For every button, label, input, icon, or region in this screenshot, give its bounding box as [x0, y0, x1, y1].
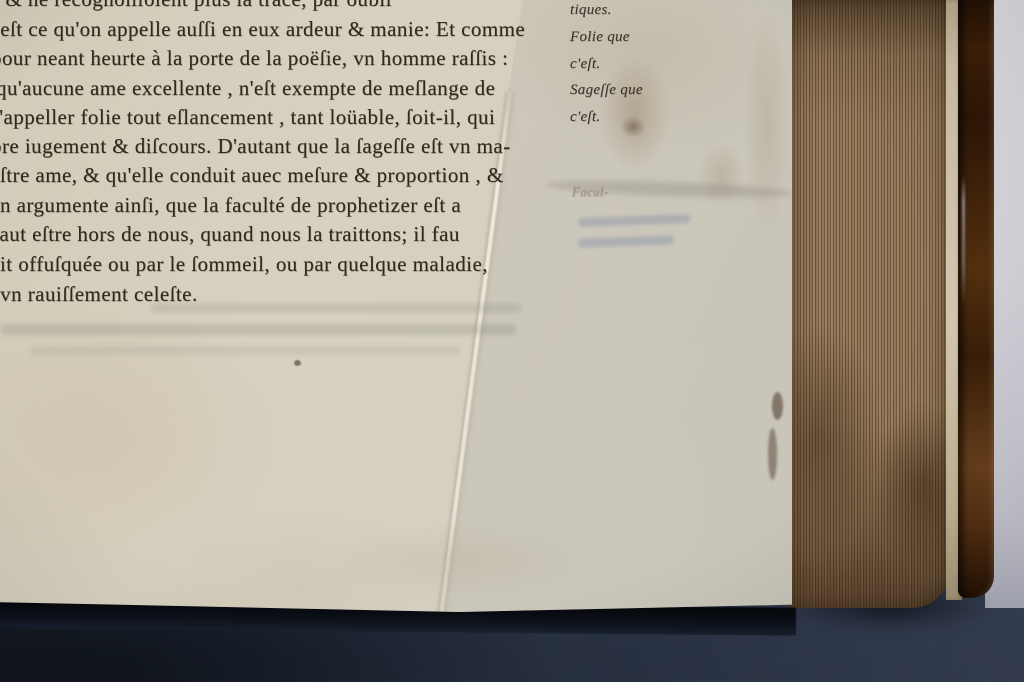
edge-speck	[768, 428, 777, 480]
margin-note: Folie que	[570, 29, 630, 46]
stain	[698, 142, 744, 208]
text-line: oſtre ame, & qu'elle conduit auec meſure…	[0, 163, 504, 188]
margin-note: tiques.	[570, 2, 612, 19]
book-fore-edge-pages	[786, 0, 948, 608]
text-line: on argumente ainſi, que la faculté de pr…	[0, 193, 461, 218]
text-line: oit offuſquée ou par le ſommeil, ou par …	[0, 252, 488, 277]
verso-show-through	[30, 346, 460, 355]
photo-of-book-page: , & ne recognoiſſoient plus la trace, pa…	[0, 0, 1024, 682]
stain	[598, 52, 672, 174]
verso-show-through	[150, 303, 522, 313]
stain	[744, 10, 790, 240]
text-line: pre iugement & diſcours. D'autant que la…	[0, 134, 511, 159]
text-line: pour neant heurte à la porte de la poëſi…	[0, 46, 508, 71]
leather-highlight	[962, 175, 965, 305]
margin-note: c'eſt.	[570, 56, 600, 73]
text-line: qu'aucune ame excellente , n'eſt exempte…	[0, 76, 495, 101]
ink-speck	[294, 360, 301, 366]
text-line: faut eſtre hors de nous, quand nous la t…	[0, 222, 460, 247]
margin-note: Sageſſe que	[570, 82, 643, 99]
text-line: , & ne recognoiſſoient plus la trace, pa…	[0, 0, 392, 12]
verso-show-through	[0, 324, 516, 335]
text-line: 'eſt ce qu'on appelle auſſi en eux ardeu…	[0, 17, 525, 42]
edge-speck	[772, 392, 783, 420]
stain	[620, 116, 646, 138]
faded-margin-note: Facul-	[572, 184, 608, 200]
margin-note: c'eſt.	[570, 109, 600, 126]
text-line: l'appeller folie tout eſlancement , tant…	[0, 105, 495, 130]
stain	[330, 520, 590, 600]
book-page: , & ne recognoiſſoient plus la trace, pa…	[0, 0, 792, 612]
